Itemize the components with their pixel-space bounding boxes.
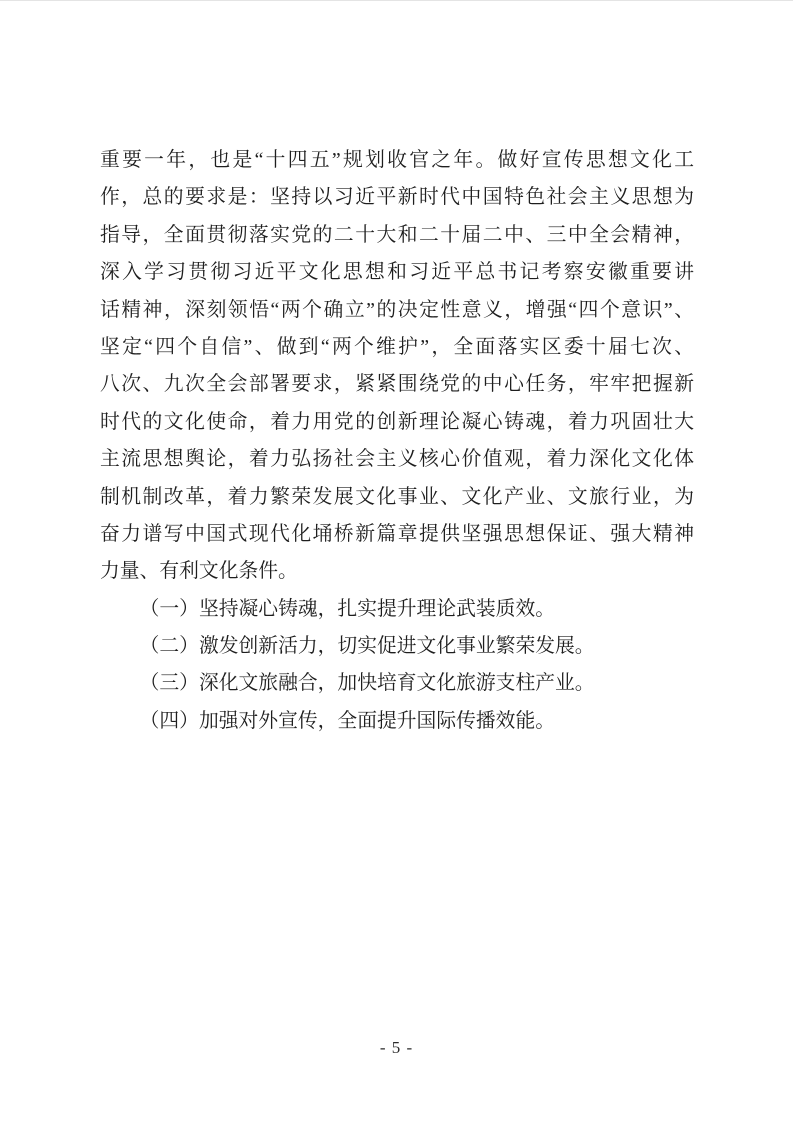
body-line: 指导，全面贯彻落实党的二十大和二十届二中、三中全会精神， <box>100 217 694 254</box>
body-line: 八次、九次全会部署要求，紧紧围绕党的中心任务，牢牢把握新 <box>100 366 694 403</box>
page-number: - 5 - <box>0 1037 793 1059</box>
list-item-1: （一）坚持凝心铸魂，扎实提升理论武装质效。 <box>100 591 694 628</box>
body-line: 奋力谱写中国式现代化埇桥新篇章提供坚强思想保证、强大精神 <box>100 516 694 553</box>
body-line: 坚定“四个自信”、做到“两个维护”，全面落实区委十届七次、 <box>100 329 694 366</box>
body-line: 主流思想舆论，着力弘扬社会主义核心价值观，着力深化文化体 <box>100 441 694 478</box>
body-line: 制机制改革，着力繁荣发展文化事业、文化产业、文旅行业，为 <box>100 479 694 516</box>
body-line: 重要一年，也是“十四五”规划收官之年。做好宣传思想文化工 <box>100 142 694 179</box>
body-line: 时代的文化使命，着力用党的创新理论凝心铸魂，着力巩固壮大 <box>100 404 694 441</box>
body-line: 话精神，深刻领悟“两个确立”的决定性意义，增强“四个意识”、 <box>100 292 694 329</box>
body-line: 深入学习贯彻习近平文化思想和习近平总书记考察安徽重要讲 <box>100 254 694 291</box>
body-line-last: 力量、有利文化条件。 <box>100 553 694 590</box>
document-page: 重要一年，也是“十四五”规划收官之年。做好宣传思想文化工 作，总的要求是：坚持以… <box>0 0 793 1122</box>
list-item-3: （三）深化文旅融合，加快培育文化旅游支柱产业。 <box>100 665 694 702</box>
list-item-4: （四）加强对外宣传，全面提升国际传播效能。 <box>100 703 694 740</box>
list-item-2: （二）激发创新活力，切实促进文化事业繁荣发展。 <box>100 628 694 665</box>
document-body: 重要一年，也是“十四五”规划收官之年。做好宣传思想文化工 作，总的要求是：坚持以… <box>100 142 694 740</box>
body-line: 作，总的要求是：坚持以习近平新时代中国特色社会主义思想为 <box>100 179 694 216</box>
